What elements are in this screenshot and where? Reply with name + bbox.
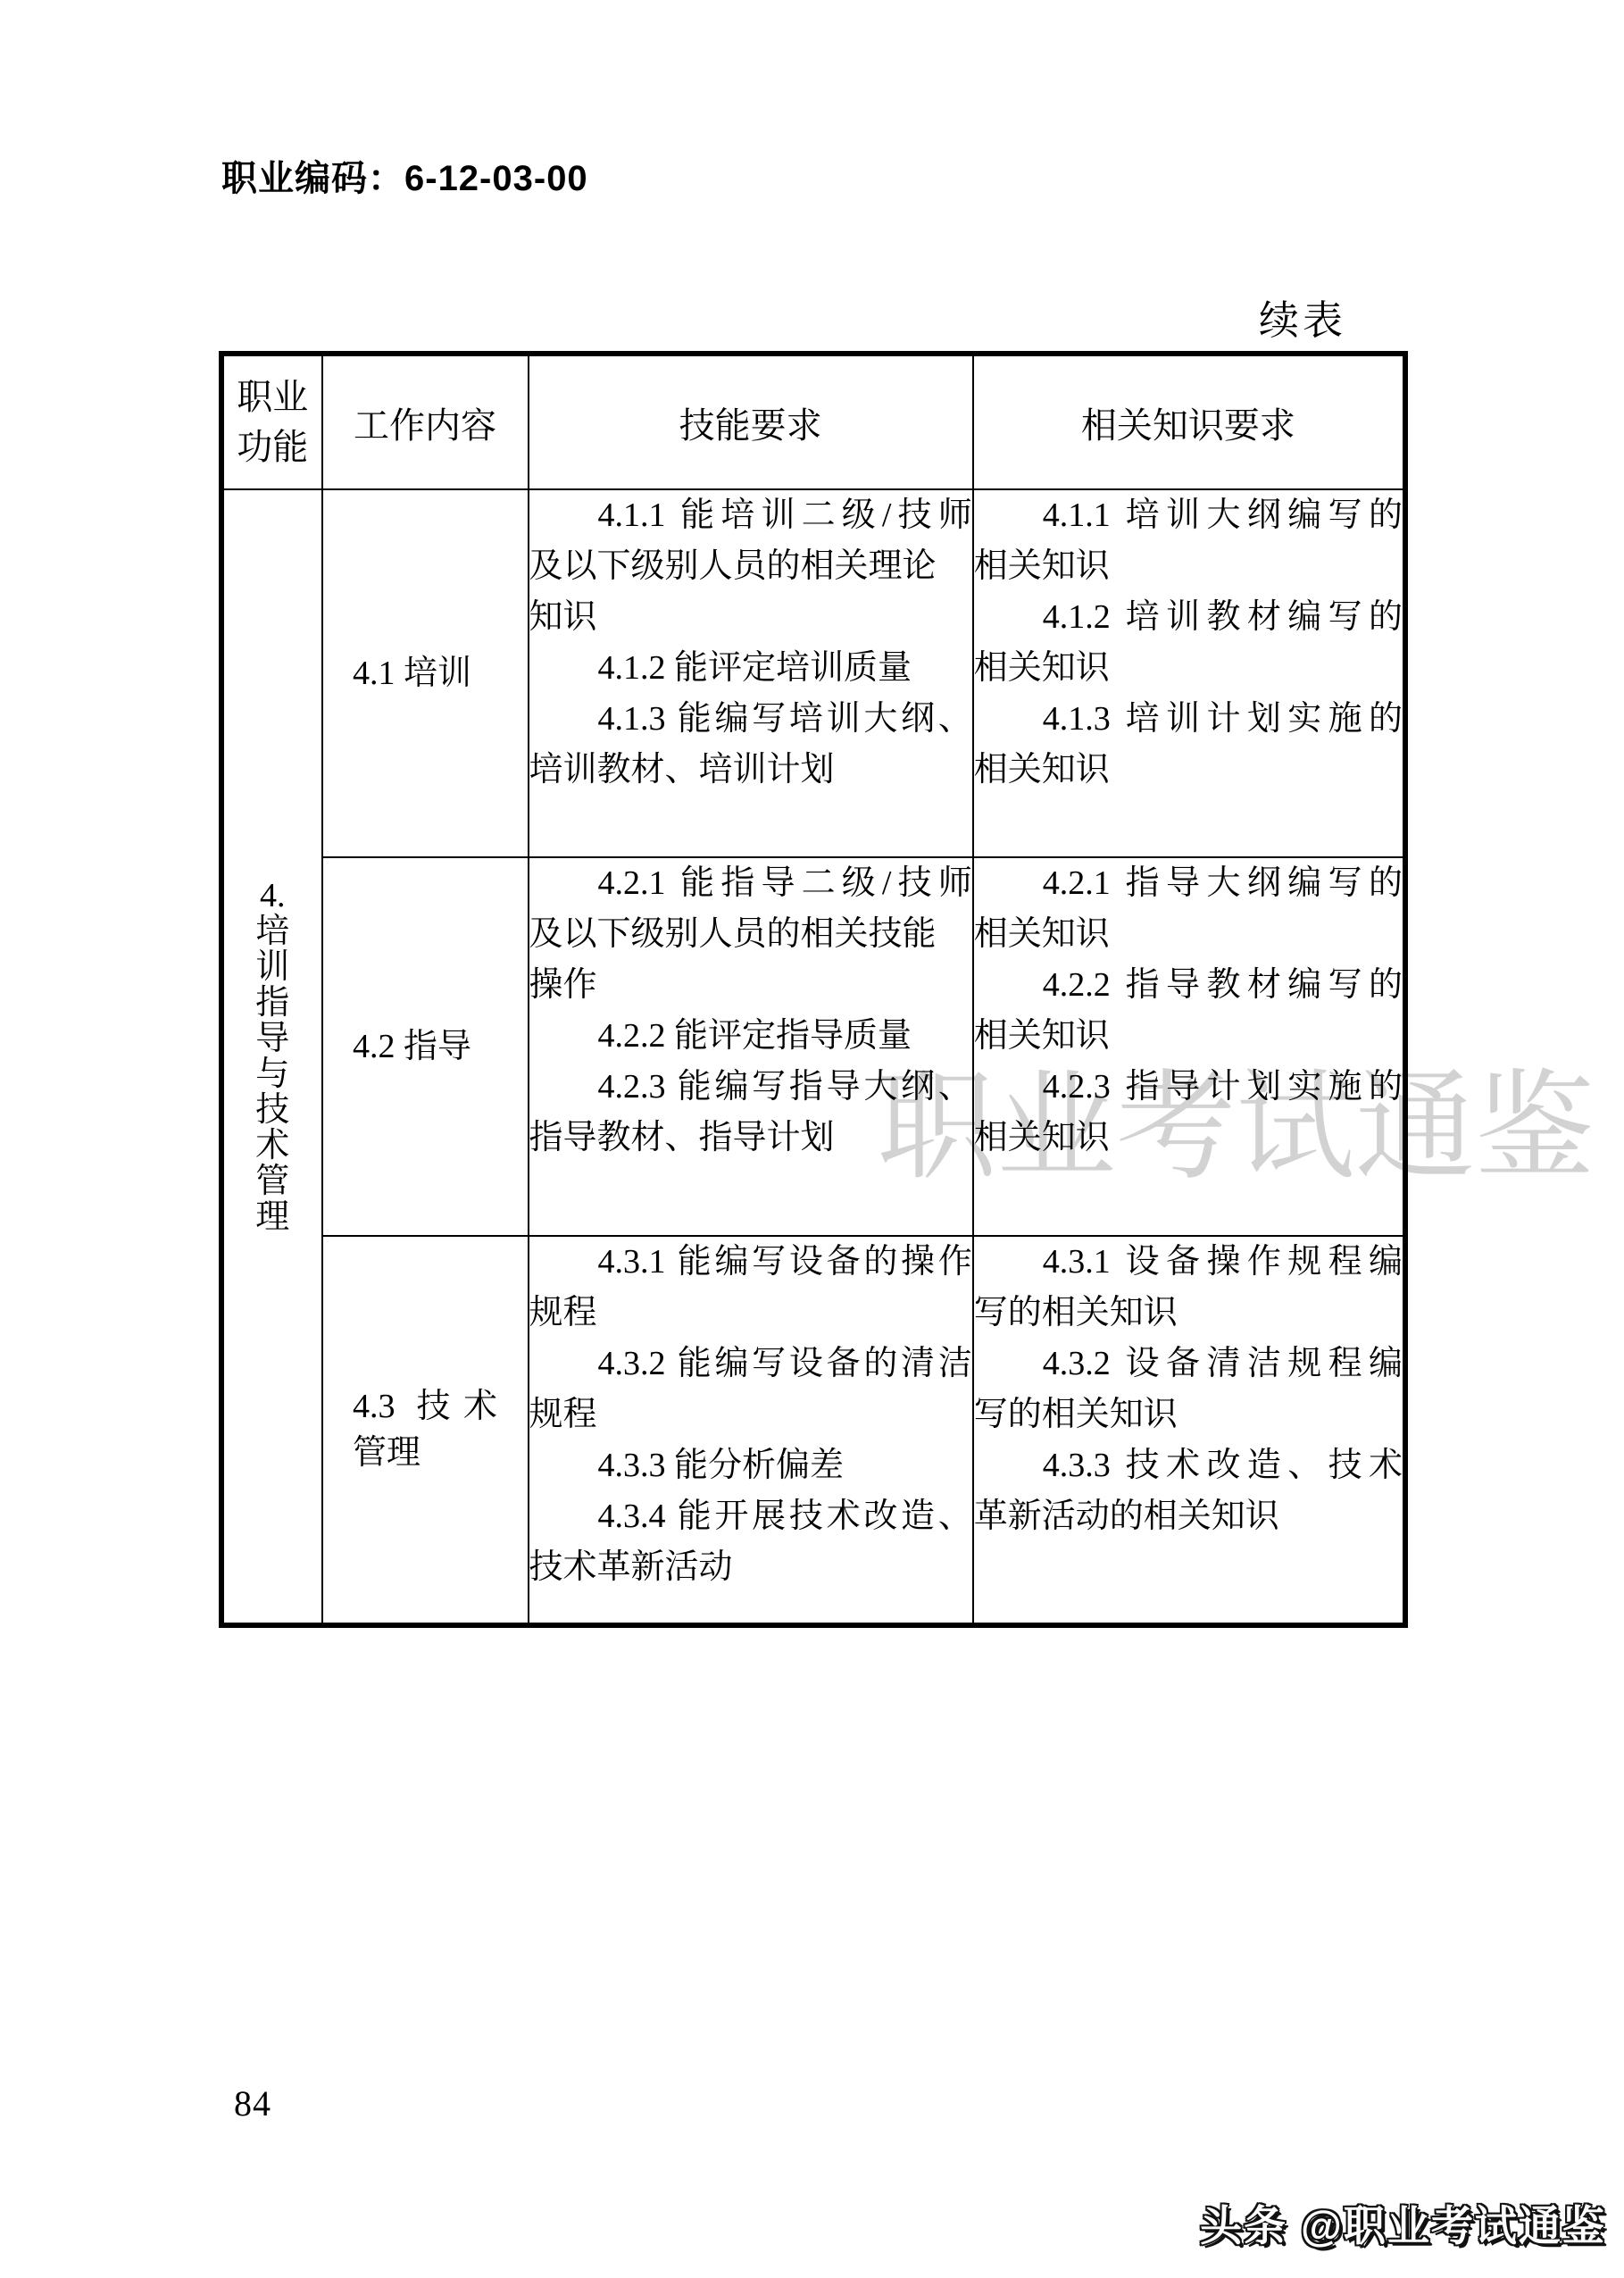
function-cell: 4.培训指导与技术管理 — [221, 489, 322, 1625]
cell-line: 4.1.2 培训教材编写的 — [974, 592, 1403, 643]
cell-line: 4.2.2 指导教材编写的 — [974, 960, 1403, 1011]
cell-line: 技术革新活动 — [529, 1542, 972, 1593]
work-cell-guidance: 4.2 指导 — [322, 857, 529, 1236]
cell-line: 4.3.2 能编写设备的清洁 — [529, 1339, 972, 1389]
table-row: 4.3 技术管理 4.3.1 能编写设备的操作规程4.3.2 能编写设备的清洁规… — [221, 1236, 1405, 1625]
cell-line: 4.3.3 能分析偏差 — [529, 1440, 972, 1491]
skill-cell-tech-management: 4.3.1 能编写设备的操作规程4.3.2 能编写设备的清洁规程4.3.3 能分… — [529, 1236, 973, 1625]
cell-line: 知识 — [529, 592, 972, 643]
function-vertical-text: 4.培训指导与技术管理 — [224, 878, 321, 1235]
cell-line: 及以下级别人员的相关技能 — [529, 909, 972, 960]
cell-line: 4.1.1 培训大纲编写的 — [974, 490, 1403, 541]
cell-line: 4.1.3 能编写培训大纲、 — [529, 694, 972, 745]
cell-line: 4.3.1 设备操作规程编 — [974, 1237, 1403, 1288]
function-char: 理 — [224, 1199, 321, 1235]
knowledge-cell-tech-management: 4.3.1 设备操作规程编写的相关知识4.3.2 设备清洁规程编写的相关知识4.… — [973, 1236, 1405, 1625]
work-cell-training: 4.1 培训 — [322, 489, 529, 857]
header-label-function: 职业功能 — [234, 372, 311, 472]
skill-cell-guidance: 4.2.1 能指导二级/技师及以下级别人员的相关技能操作4.2.2 能评定指导质… — [529, 857, 973, 1236]
page-number: 84 — [234, 2082, 271, 2124]
cell-line: 写的相关知识 — [974, 1389, 1403, 1440]
cell-line: 4.1.1 能培训二级/技师 — [529, 490, 972, 541]
function-char: 导 — [224, 1021, 321, 1056]
cell-line: 相关知识 — [974, 1011, 1403, 1062]
cell-line: 4.2.2 能评定指导质量 — [529, 1011, 972, 1062]
function-char: 技 — [224, 1092, 321, 1128]
function-char: 训 — [224, 949, 321, 985]
cell-line: 4.2.1 指导大纲编写的 — [974, 858, 1403, 909]
function-char: 指 — [224, 985, 321, 1021]
cell-line: 4.3.2 设备清洁规程编 — [974, 1339, 1403, 1389]
document-page: 职业编码：6-12-03-00 续表 职业考试通鉴 职业功能 工作内容 技能要求… — [0, 0, 1624, 2278]
cell-line: 相关知识 — [974, 909, 1403, 960]
continued-table-label: 续表 — [1259, 288, 1346, 346]
cell-line: 4.1.2 能评定培训质量 — [529, 643, 972, 694]
cell-line: 相关知识 — [974, 1113, 1403, 1164]
cell-line: 4.1 培训 — [353, 650, 497, 697]
branding-watermark: 头条 @职业考试通鉴 — [1200, 2193, 1606, 2253]
cell-line: 及以下级别人员的相关理论 — [529, 541, 972, 592]
function-char: 管 — [224, 1164, 321, 1199]
cell-line: 4.3 技术 — [353, 1383, 497, 1430]
cell-line: 革新活动的相关知识 — [974, 1491, 1403, 1542]
occupation-code: 职业编码：6-12-03-00 — [221, 150, 588, 201]
cell-line: 相关知识 — [974, 541, 1403, 592]
cell-line: 规程 — [529, 1288, 972, 1339]
skill-cell-training: 4.1.1 能培训二级/技师及以下级别人员的相关理论知识4.1.2 能评定培训质… — [529, 489, 973, 857]
function-char: 培 — [224, 914, 321, 949]
header-cell-skill: 技能要求 — [529, 354, 973, 489]
cell-line: 4.3.1 能编写设备的操作 — [529, 1237, 972, 1288]
table-header-row: 职业功能 工作内容 技能要求 相关知识要求 — [221, 354, 1405, 489]
occupational-standard-table: 职业功能 工作内容 技能要求 相关知识要求 4.培训指导与技术管理 4.1 培训… — [219, 351, 1408, 1628]
cell-line: 规程 — [529, 1389, 972, 1440]
function-char: 与 — [224, 1056, 321, 1092]
cell-line: 操作 — [529, 960, 972, 1011]
cell-line: 培训教材、培训计划 — [529, 745, 972, 796]
knowledge-cell-guidance: 4.2.1 指导大纲编写的相关知识4.2.2 指导教材编写的相关知识4.2.3 … — [973, 857, 1405, 1236]
cell-line: 4.1.3 培训计划实施的 — [974, 694, 1403, 745]
work-cell-tech-management: 4.3 技术管理 — [322, 1236, 529, 1625]
header-cell-function: 职业功能 — [221, 354, 322, 489]
cell-line: 4.3.4 能开展技术改造、 — [529, 1491, 972, 1542]
cell-line: 4.2 指导 — [353, 1023, 497, 1070]
cell-line: 4.2.3 指导计划实施的 — [974, 1062, 1403, 1113]
cell-line: 指导教材、指导计划 — [529, 1113, 972, 1164]
cell-line: 4.3.3 技术改造、技术 — [974, 1440, 1403, 1491]
cell-line: 写的相关知识 — [974, 1288, 1403, 1339]
function-char: 术 — [224, 1128, 321, 1164]
function-char: 4. — [224, 878, 321, 914]
cell-line: 4.2.3 能编写指导大纲、 — [529, 1062, 972, 1113]
cell-line: 相关知识 — [974, 745, 1403, 796]
table-row: 4.2 指导 4.2.1 能指导二级/技师及以下级别人员的相关技能操作4.2.2… — [221, 857, 1405, 1236]
header-cell-knowledge: 相关知识要求 — [973, 354, 1405, 489]
knowledge-cell-training: 4.1.1 培训大纲编写的相关知识4.1.2 培训教材编写的相关知识4.1.3 … — [973, 489, 1405, 857]
table-row: 4.培训指导与技术管理 4.1 培训 4.1.1 能培训二级/技师及以下级别人员… — [221, 489, 1405, 857]
cell-line: 4.2.1 能指导二级/技师 — [529, 858, 972, 909]
header-cell-work: 工作内容 — [322, 354, 529, 489]
cell-line: 相关知识 — [974, 643, 1403, 694]
cell-line: 管理 — [353, 1430, 497, 1476]
